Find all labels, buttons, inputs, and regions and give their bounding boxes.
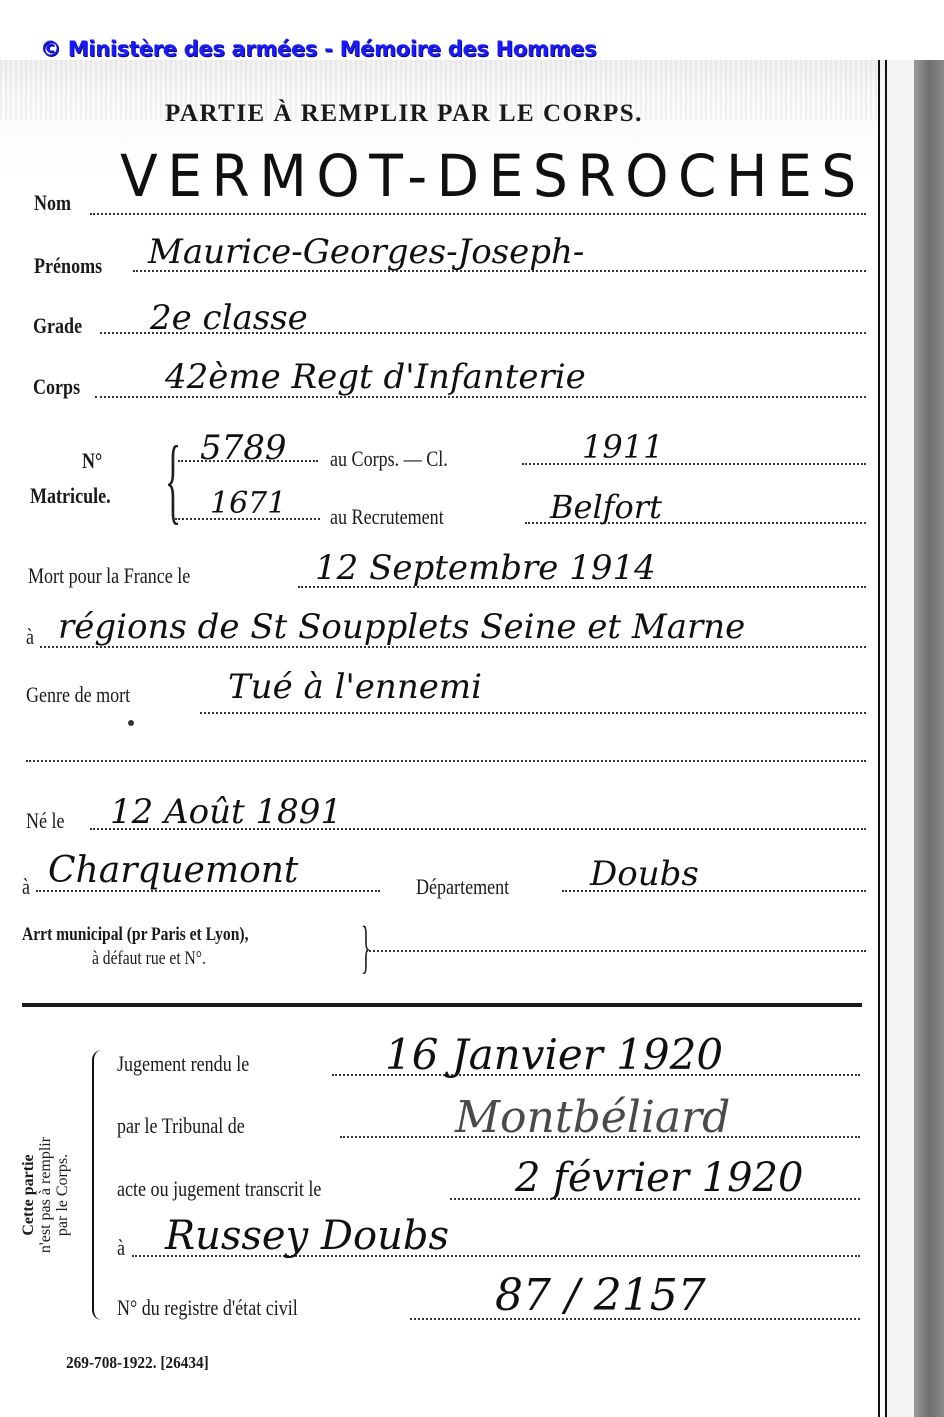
section-divider (22, 1003, 862, 1007)
registre-value: 87 / 2157 (495, 1270, 706, 1321)
scan-edge-shadow (914, 60, 944, 1417)
matricule-recrutement-number: 1671 (210, 486, 286, 521)
side-note-line2: n'est pas à remplir (37, 1090, 54, 1300)
registre-label: N° du registre d'état civil (117, 1295, 298, 1321)
form-title: PARTIE À REMPLIR PAR LE CORPS. (165, 100, 643, 128)
side-note-line1: Cette partie (20, 1090, 37, 1300)
matricule-label-no: N° (82, 448, 102, 474)
transcrit-label: acte ou jugement transcrit le (117, 1176, 321, 1202)
mort-label: Mort pour la France le (28, 563, 190, 589)
departement-label: Département (416, 874, 509, 900)
copyright-watermark: © Ministère des armées - Mémoire des Hom… (40, 37, 596, 61)
side-note-line3: par le Corps. (54, 1090, 71, 1300)
corps-value: 42ème Regt d'Infanterie (165, 357, 586, 397)
lieu-naissance-label: à (22, 874, 30, 900)
grade-label: Grade (33, 313, 82, 339)
margin-line (885, 60, 887, 1417)
arrondissement-line (366, 950, 866, 952)
ne-le-label: Né le (26, 808, 65, 834)
arrondissement-brace: } (361, 918, 371, 976)
matricule-brace: { (165, 432, 181, 528)
jugement-brace (92, 1050, 106, 1320)
nom-label: Nom (34, 190, 71, 216)
tribunal-label: par le Tribunal de (117, 1113, 245, 1139)
jugement-rendu-value: 16 Janvier 1920 (385, 1030, 723, 1079)
au-corps-label: au Corps. — Cl. (330, 446, 448, 472)
au-recrutement-label: au Recrutement (330, 504, 444, 530)
departement-value: Doubs (590, 854, 699, 894)
matricule-label: Matricule. (30, 483, 111, 509)
lieu-mort-label: à (26, 624, 34, 650)
nom-line (90, 213, 866, 215)
arrondissement-label: Arrt municipal (pr Paris et Lyon), (22, 924, 248, 946)
lieu-mort-value: régions de St Soupplets Seine et Marne (58, 607, 745, 647)
prenoms-value: Maurice-Georges-Joseph- (148, 232, 584, 272)
page-margin (884, 60, 914, 1417)
transcription-lieu-label: à (117, 1235, 125, 1261)
lieu-naissance-value: Charquemont (48, 850, 298, 891)
side-note: Cette partie n'est pas à remplir par le … (20, 1090, 71, 1300)
transcription-lieu-value: Russey Doubs (165, 1213, 449, 1259)
print-reference: 269-708-1922. [26434] (66, 1353, 209, 1373)
classe-value: 1911 (582, 428, 663, 466)
matricule-corps-number: 5789 (200, 428, 287, 468)
ne-le-value: 12 Août 1891 (110, 792, 342, 832)
recrutement-lieu-value: Belfort (550, 488, 662, 526)
genre-mort-value: Tué à l'ennemi (228, 667, 482, 707)
mort-value: 12 Septembre 1914 (315, 548, 656, 588)
ink-spot (128, 720, 134, 726)
grade-value: 2e classe (150, 298, 308, 338)
prenoms-label: Prénoms (34, 253, 102, 279)
corps-label: Corps (33, 374, 80, 400)
transcrit-value: 2 février 1920 (515, 1155, 803, 1201)
genre-mort-label: Genre de mort (26, 682, 130, 708)
genre-mort-line (200, 712, 866, 714)
margin-line (878, 60, 880, 1417)
jugement-rendu-label: Jugement rendu le (117, 1051, 249, 1077)
tribunal-value: Montbéliard (455, 1092, 730, 1143)
arrondissement-sublabel: à défaut rue et N°. (92, 948, 206, 970)
blank-line (26, 760, 866, 762)
nom-value: VERMOT-DESROCHES (120, 142, 866, 210)
classe-line (522, 463, 866, 465)
